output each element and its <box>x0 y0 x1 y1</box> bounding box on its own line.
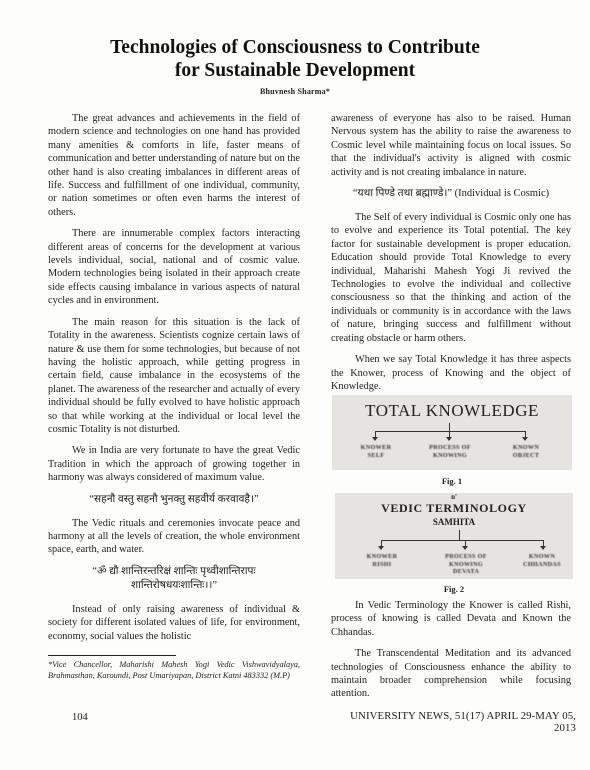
paragraph: There are innumerable complex factors in… <box>48 227 300 307</box>
paragraph: awareness of everyone has also to be rai… <box>331 112 571 179</box>
figure-heading: VEDIC TERMINOLOGY <box>335 501 573 516</box>
figure-label: PROCESS OF KNOWING <box>414 444 486 459</box>
arrow-down-icon <box>540 546 546 550</box>
paragraph: The great advances and achievements in t… <box>48 112 300 219</box>
sanskrit-verse-1: “सहनौ वस्तु सहनौ भुनक्तु सहवीर्य करवावहै… <box>48 493 300 507</box>
paragraph: In Vedic Terminology the Knower is calle… <box>331 599 571 639</box>
title-line-2: for Sustainable Development <box>60 59 530 82</box>
figure-caption: Fig. 1 <box>332 476 572 486</box>
figure-label: KNOWER RISHI <box>343 553 421 568</box>
figure-label: KNOWER SELF <box>340 444 412 459</box>
figure-caption: Fig. 2 <box>335 584 573 594</box>
figure-label: KNOWN OBJECT <box>492 444 560 459</box>
connector-line <box>381 540 543 541</box>
figure-label: PROCESS OF KNOWING DEVATA <box>427 553 505 576</box>
article-title: Technologies of Consciousness to Contrib… <box>60 36 530 82</box>
figure-vedic-terminology: n' VEDIC TERMINOLOGY SAMHITA KNOWER RISH… <box>335 493 573 579</box>
arrow-down-icon <box>378 546 384 550</box>
sanskrit-verse-3: “यथा पिण्डे तथा ब्रह्माण्डे।” (Individua… <box>331 187 571 201</box>
paragraph: The main reason for this situation is th… <box>48 316 300 437</box>
connector-line <box>375 431 525 432</box>
arrow-down-icon <box>446 437 452 441</box>
verse-line: शान्तिरोषधयःशान्तिः।।” <box>48 579 300 593</box>
connector-line <box>459 530 460 540</box>
footnote-divider <box>48 655 176 656</box>
figure-total-knowledge: TOTAL KNOWLEDGE KNOWER SELF PROCESS OF K… <box>332 395 572 470</box>
paragraph: The Vedic rituals and ceremonies invocat… <box>48 517 300 557</box>
arrow-down-icon <box>372 437 378 441</box>
paragraph: We in India are very fortunate to have t… <box>48 444 300 484</box>
figure-subheading: SAMHITA <box>335 517 573 527</box>
right-column-lower: In Vedic Terminology the Knower is calle… <box>331 599 571 709</box>
paragraph: The Self of every individual is Cosmic o… <box>331 211 571 345</box>
figure-fragment: n' <box>335 493 573 501</box>
arrow-down-icon <box>522 437 528 441</box>
sanskrit-verse-2: “ॐ द्यौ शान्तिरन्तरिक्षं शान्तिः पृथ्वीश… <box>48 565 300 593</box>
connector-line <box>449 423 450 431</box>
arrow-down-icon <box>462 546 468 550</box>
journal-page: Technologies of Consciousness to Contrib… <box>0 0 590 770</box>
author-footnote: *Vice Chancellor, Maharishi Mahesh Yogi … <box>48 659 300 681</box>
left-column: The great advances and achievements in t… <box>48 112 300 651</box>
figure-label: KNOWN CHHANDAS <box>511 553 573 568</box>
publication-footer: UNIVERSITY NEWS, 51(17) APRIL 29-MAY 05,… <box>331 710 576 734</box>
paragraph: Instead of only raising awareness of ind… <box>48 603 300 643</box>
paragraph: When we say Total Knowledge it has three… <box>331 353 571 393</box>
verse-line: “ॐ द्यौ शान्तिरन्तरिक्षं शान्तिः पृथ्वीश… <box>48 565 300 579</box>
page-number: 104 <box>72 712 88 723</box>
figure-heading: TOTAL KNOWLEDGE <box>332 401 572 421</box>
right-column: awareness of everyone has also to be rai… <box>331 112 571 401</box>
author-byline: Bhuvnesh Sharma* <box>60 87 530 96</box>
paragraph: The Transcendental Meditation and its ad… <box>331 647 571 701</box>
title-line-1: Technologies of Consciousness to Contrib… <box>60 36 530 59</box>
